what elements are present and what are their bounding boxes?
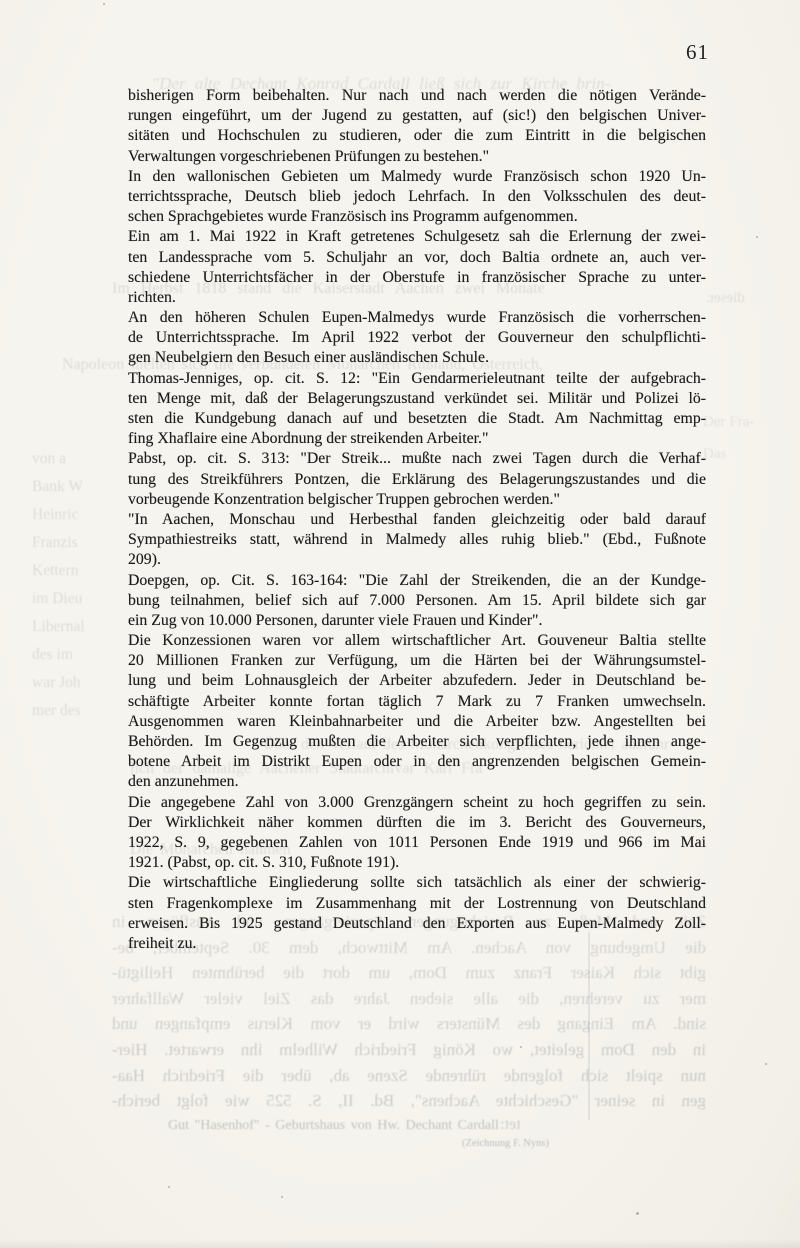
footnote-text-line: Ein am 1. Mai 1922 in Kraft getretenes S…	[128, 227, 706, 247]
paper-speck	[636, 1212, 639, 1215]
paper-speck	[520, 1046, 522, 1048]
footnote-text-line: Pabst, op. cit. S. 313: "Der Streik... m…	[128, 449, 706, 469]
ghost-text: mer des	[32, 702, 81, 720]
paper-speck	[103, 3, 105, 5]
ghost-text: im Dieu	[32, 590, 82, 608]
footnote-text-line: Doepgen, op. Cit. S. 163-164: "Die Zahl …	[128, 571, 706, 591]
footnote-text-line: Ausgenommen waren Kleinbahnarbeiter und …	[128, 712, 706, 732]
footnote-text-line: gen Neubelgiern den Besuch einer ausländ…	[128, 348, 706, 368]
footnote-text-line: 1921. (Pabst, op. cit. S. 310, Fußnote 1…	[128, 853, 706, 873]
ghost-text: Der Fra-	[703, 414, 754, 431]
ghost-text: Bank W	[32, 478, 83, 496]
footnote-text-line: fing Xhaflaire eine Abordnung der streik…	[128, 429, 706, 449]
paper-speck	[281, 1196, 283, 1198]
footnote-text-line: 20 Millionen Franken zur Verfügung, um d…	[128, 651, 706, 671]
footnote-text-line: sitäten und Hochschulen zu studieren, od…	[128, 126, 706, 146]
footnote-text-line: 1922, S. 9, gegebenen Zahlen von 1011 Pe…	[128, 833, 706, 853]
footnote-text-line: sten die Kundgebung danach auf und beset…	[128, 409, 706, 429]
footnote-text-line: 15)Die angegebene Zahl von 3.000 Grenzgä…	[128, 793, 706, 813]
footnote-text-line: erweisen. Bis 1925 gestand Deutschland d…	[128, 914, 706, 934]
footnote-text-line: bisherigen Form beibehalten. Nur nach un…	[128, 86, 706, 106]
footnote-text-line: In den wallonischen Gebieten um Malmedy …	[128, 167, 706, 187]
footnote-text-line: 209).	[128, 550, 706, 570]
footnote-text-line: bung teilnahmen, belief sich auf 7.000 P…	[128, 591, 706, 611]
ghost-mirrored-line: mer zu verehren, die alle sieben Jahre d…	[112, 989, 706, 1015]
footnote-text-line: tung des Streikführers Pontzen, die Erkl…	[128, 470, 706, 490]
footnote-text-line: Verwaltungen vorgeschriebenen Prüfungen …	[128, 147, 706, 167]
footnote-text-line: 14)Die Konzessionen waren vor allem wirt…	[128, 631, 706, 651]
footnote-text-line: botene Arbeit im Distrikt Eupen oder in …	[128, 752, 706, 772]
footnote-text-line: "In Aachen, Monschau und Herbesthal fand…	[128, 510, 706, 530]
ghost-mirrored-line: sind. Am Eingang des Münsters wird er vo…	[112, 1014, 706, 1040]
paper-speck	[168, 1186, 170, 1188]
footnote-text-line: terrichtssprache, Deutsch blieb jedoch L…	[128, 187, 706, 207]
ghost-text: Kettern	[32, 562, 78, 580]
footnote-text-block: bisherigen Form beibehalten. Nur nach un…	[128, 86, 706, 954]
ghost-text: tet:	[500, 1116, 520, 1134]
footnote-text-line: Behörden. Im Gegenzug mußten die Arbeite…	[128, 732, 706, 752]
ghost-text: (Zeichnung F. Nyns)	[462, 1138, 549, 1149]
ghost-text: war Joh	[32, 674, 81, 692]
paper-speck	[765, 1063, 767, 1065]
ghost-text: Heinric	[32, 506, 78, 524]
ghost-mirrored-line: gen in seiner "Geschichte Aachens", Bd. …	[112, 1091, 706, 1117]
footnote-text-line: 16)Die wirtschaftliche Eingliederung sol…	[128, 873, 706, 893]
ghost-text: Franzis	[32, 534, 78, 552]
footnote-text-line: schiedene Unterrichtsfächer in der Obers…	[128, 268, 706, 288]
ghost-text: dieser.	[706, 290, 745, 307]
footnote-text-line: den anzunehmen.	[128, 772, 706, 792]
footnote-text-line: 13)Thomas-Jenniges, op. cit. S. 12: "Ein…	[128, 369, 706, 389]
footnote-text-line: sten Fragenkomplexe im Zusammenhang mit …	[128, 894, 706, 914]
ghost-text: Libernal	[32, 618, 85, 636]
ghost-mirrored-line: nun spielt sich folgende rührende Szene …	[112, 1066, 706, 1092]
ghost-text: des im	[32, 646, 73, 664]
footnote-text-line: rungen eingeführt, um der Jugend zu gest…	[128, 106, 706, 126]
footnote-text-line: ten Landessprache vom 5. Schuljahr an vo…	[128, 248, 706, 268]
footnote-text-line: de Unterrichtssprache. Im April 1922 ver…	[128, 328, 706, 348]
paper-speck	[756, 236, 758, 238]
footnote-text-line: Sympathiestreiks statt, während in Malme…	[128, 530, 706, 550]
ghost-mirrored-line: gibt sich Kaiser Franz zum Dom, um dort …	[112, 963, 706, 989]
ghost-mirrored-line: in den Dom geleitet, wo König Friedrich …	[112, 1040, 706, 1066]
footnote-text-line: vorbeugende Konzentration belgischer Tru…	[128, 490, 706, 510]
footnote-text-line: schen Sprachgebietes wurde Französisch i…	[128, 207, 706, 227]
ghost-vertical-line	[588, 932, 590, 1120]
scanned-book-page: "Der alte Dechant Konrad Cardall ließ si…	[0, 0, 800, 1248]
ghost-text: von a	[32, 450, 66, 468]
footnote-text-line: lung und beim Lohnausgleich der Arbeiter…	[128, 671, 706, 691]
footnote-text-line: freiheit zu.	[128, 934, 706, 954]
footnote-text-line: ein Zug von 10.000 Personen, darunter vi…	[128, 611, 706, 631]
footnote-text-line: An den höheren Schulen Eupen-Malmedys wu…	[128, 308, 706, 328]
footnote-text-line: ten Menge mit, daß der Belagerungszustan…	[128, 389, 706, 409]
footnote-text-line: schäftigte Arbeiter konnte fortan täglic…	[128, 692, 706, 712]
footnote-text-line: richten.	[128, 288, 706, 308]
ghost-text: Gut "Hasenhof" - Geburtshaus von Hw. Dec…	[168, 1118, 499, 1134]
ghost-text: Das	[703, 446, 726, 463]
footnote-text-line: Der Wirklichkeit näher kommen dürften di…	[128, 813, 706, 833]
